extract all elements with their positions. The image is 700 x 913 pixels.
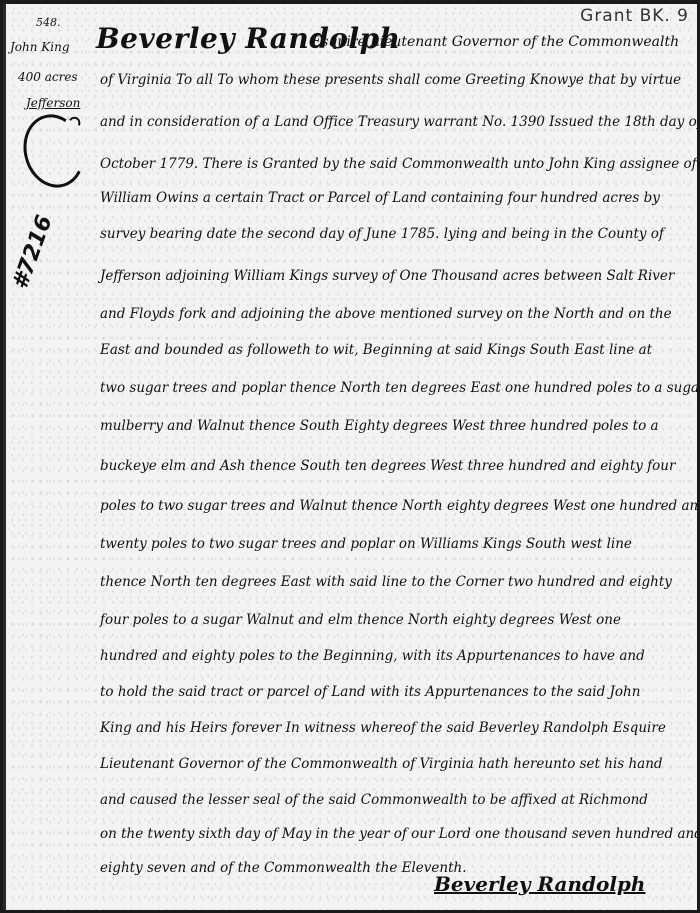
margin-c-mark <box>15 107 92 194</box>
text-line-21: on the twenty sixth day of May in the ye… <box>100 826 697 842</box>
text-line-7: and Floyds fork and adjoining the above … <box>100 306 672 322</box>
text-line-17: to hold the said tract or parcel of Land… <box>100 684 640 700</box>
grant-book-stamp: Grant BK. 9 <box>580 6 689 26</box>
margin-grantee: John King <box>10 40 70 54</box>
land-grant-document: Grant BK. 9 548. John King 400 acres Jef… <box>3 4 697 910</box>
governor-signature: Beverley Randolph <box>434 872 645 896</box>
text-line-3: October 1779. There is Granted by the sa… <box>100 156 697 172</box>
text-line-11: buckeye elm and Ash thence South ten deg… <box>100 458 675 474</box>
grant-number: #7216 <box>8 212 58 292</box>
text-line-12: poles to two sugar trees and Walnut then… <box>100 498 697 514</box>
margin-county: Jefferson <box>26 96 80 110</box>
text-line-22: eighty seven and of the Commonwealth the… <box>100 860 466 876</box>
text-line-0: Esquire Lieutenant Governor of the Commo… <box>311 34 679 50</box>
text-line-2: and in consideration of a Land Office Tr… <box>100 114 697 130</box>
text-line-15: four poles to a sugar Walnut and elm the… <box>100 612 621 628</box>
margin-acreage: 400 acres <box>18 70 78 84</box>
text-line-5: survey bearing date the second day of Ju… <box>100 226 664 242</box>
text-line-18: King and his Heirs forever In witness wh… <box>100 720 666 736</box>
text-line-6: Jefferson adjoining William Kings survey… <box>100 268 674 284</box>
text-line-1: of Virginia To all To whom these present… <box>100 72 681 88</box>
text-line-8: East and bounded as followeth to wit, Be… <box>100 342 652 358</box>
text-line-14: thence North ten degrees East with said … <box>100 574 672 590</box>
text-line-20: and caused the lesser seal of the said C… <box>100 792 648 808</box>
text-line-9: two sugar trees and poplar thence North … <box>100 380 697 396</box>
text-line-10: mulberry and Walnut thence South Eighty … <box>100 418 659 434</box>
text-line-4: William Owins a certain Tract or Parcel … <box>100 190 660 206</box>
margin-entry-number: 548. <box>36 16 61 29</box>
text-line-13: twenty poles to two sugar trees and popl… <box>100 536 632 552</box>
grant-number-text: #7216 <box>8 212 58 292</box>
text-line-19: Lieutenant Governor of the Commonwealth … <box>100 756 663 772</box>
text-line-16: hundred and eighty poles to the Beginnin… <box>100 648 645 664</box>
